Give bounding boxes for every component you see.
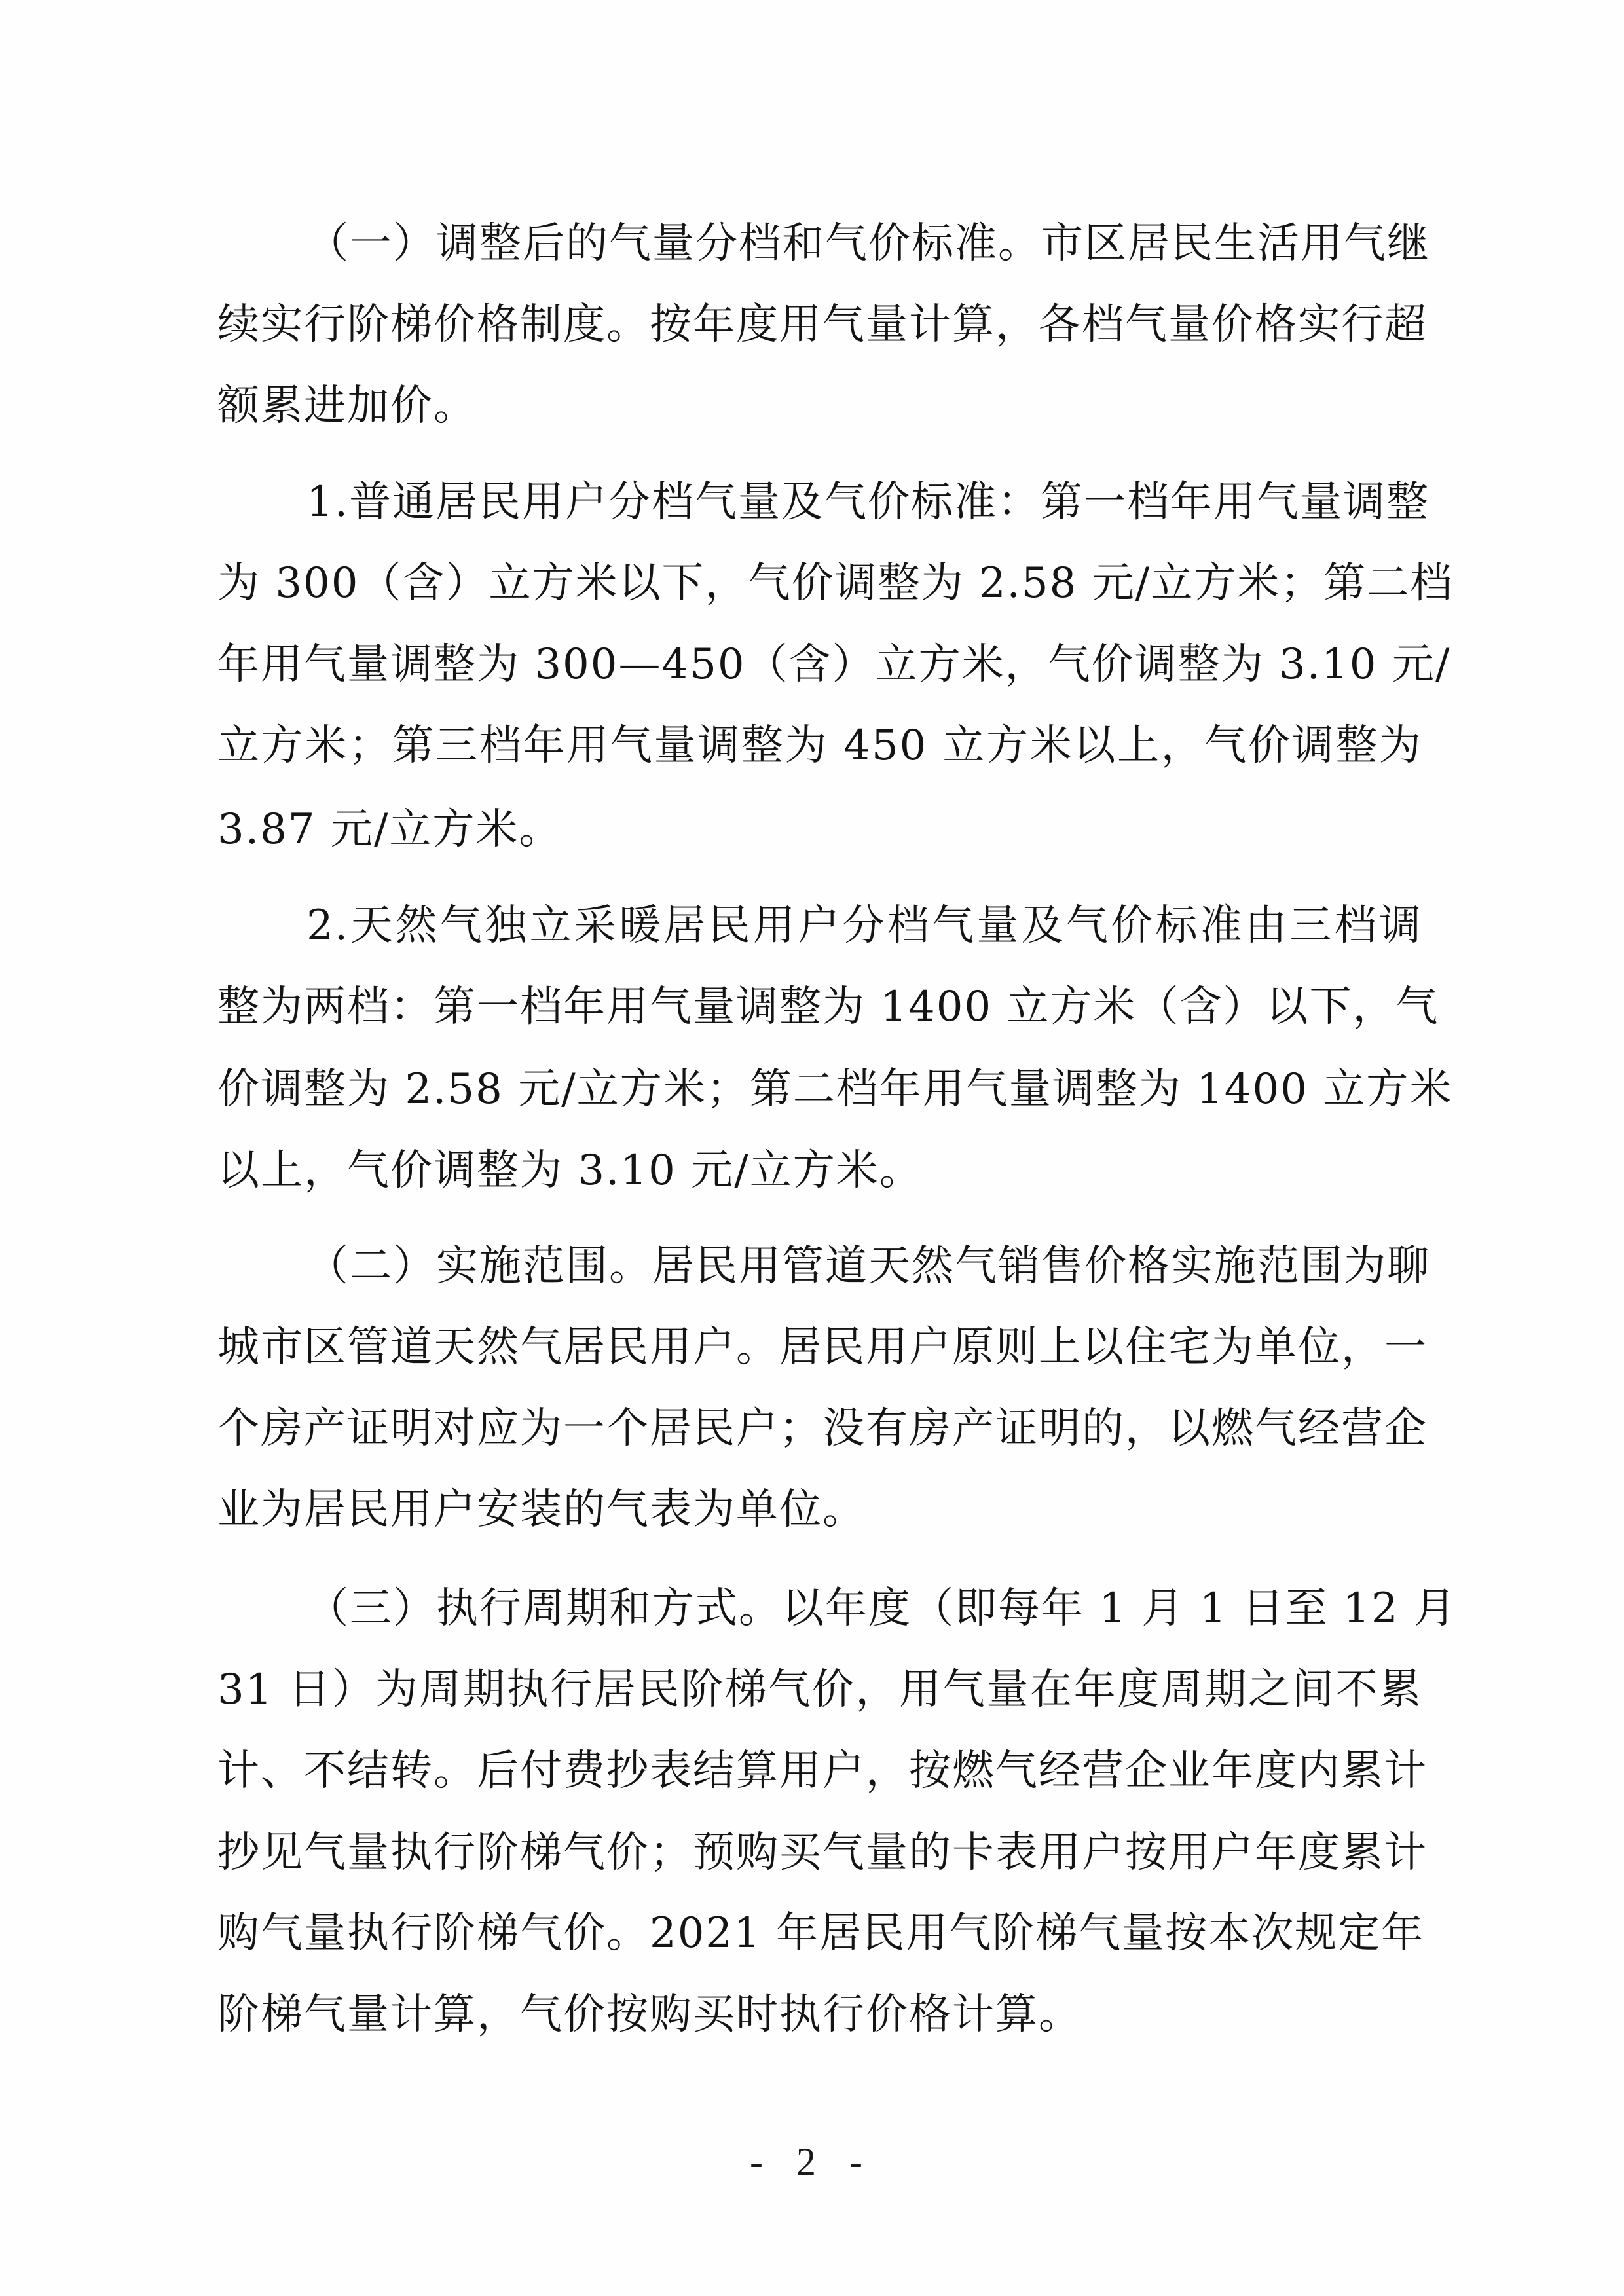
paragraph-line: （二）实施范围。居民用管道天然气销售价格实施范围为聊 — [306, 1240, 1422, 1292]
paragraph-line: 为 300（含）立方米以下，气价调整为 2.58 元/立方米；第二档 — [217, 557, 1422, 610]
paragraph-line: 个房产证明对应为一个居民户；没有房产证明的，以燃气经营企 — [217, 1402, 1422, 1455]
paragraph-line: 续实行阶梯价格制度。按年度用气量计算，各档气量价格实行超 — [217, 299, 1422, 351]
paragraph-line: 整为两档：第一档年用气量调整为 1400 立方米（含）以下，气 — [217, 981, 1422, 1033]
paragraph-line: 31 日）为周期执行居民阶梯气价，用气量在年度周期之间不累 — [217, 1664, 1422, 1716]
paragraph-line: 计、不结转。后付费抄表结算用户，按燃气经营企业年度内累计 — [217, 1745, 1422, 1797]
paragraph-line: 业为居民用户安装的气表为单位。 — [217, 1484, 1422, 1536]
page-number: - 2 - — [0, 2138, 1624, 2185]
paragraph-line: （一）调整后的气量分档和气价标准。市区居民生活用气继 — [306, 217, 1422, 270]
paragraph-line: 2.天然气独立采暖居民用户分档气量及气价标准由三档调 — [306, 900, 1422, 952]
paragraph-line: 阶梯气量计算，气价按购买时执行价格计算。 — [217, 1988, 1422, 2041]
paragraph-line: 以上，气价调整为 3.10 元/立方米。 — [217, 1144, 1422, 1197]
paragraph-line: 价调整为 2.58 元/立方米；第二档年用气量调整为 1400 立方米 — [217, 1063, 1422, 1116]
paragraph-line: 抄见气量执行阶梯气价；预购买气量的卡表用户按用户年度累计 — [217, 1827, 1422, 1879]
paragraph-line: 1.普通居民用户分档气量及气价标准：第一档年用气量调整 — [306, 476, 1422, 528]
paragraph-line: 购气量执行阶梯气价。2021 年居民用气阶梯气量按本次规定年 — [217, 1907, 1422, 1959]
paragraph-line: 年用气量调整为 300—450（含）立方米，气价调整为 3.10 元/ — [217, 638, 1422, 691]
document-page: （一）调整后的气量分档和气价标准。市区居民生活用气继 续实行阶梯价格制度。按年度… — [0, 0, 1624, 2296]
paragraph-line: 城市区管道天然气居民用户。居民用户原则上以住宅为单位，一 — [217, 1321, 1422, 1374]
paragraph-line: 3.87 元/立方米。 — [217, 803, 1422, 856]
paragraph-line: （三）执行周期和方式。以年度（即每年 1 月 1 日至 12 月 — [306, 1582, 1422, 1635]
paragraph-line: 额累进加价。 — [217, 380, 1422, 432]
paragraph-line: 立方米；第三档年用气量调整为 450 立方米以上，气价调整为 — [217, 720, 1422, 772]
